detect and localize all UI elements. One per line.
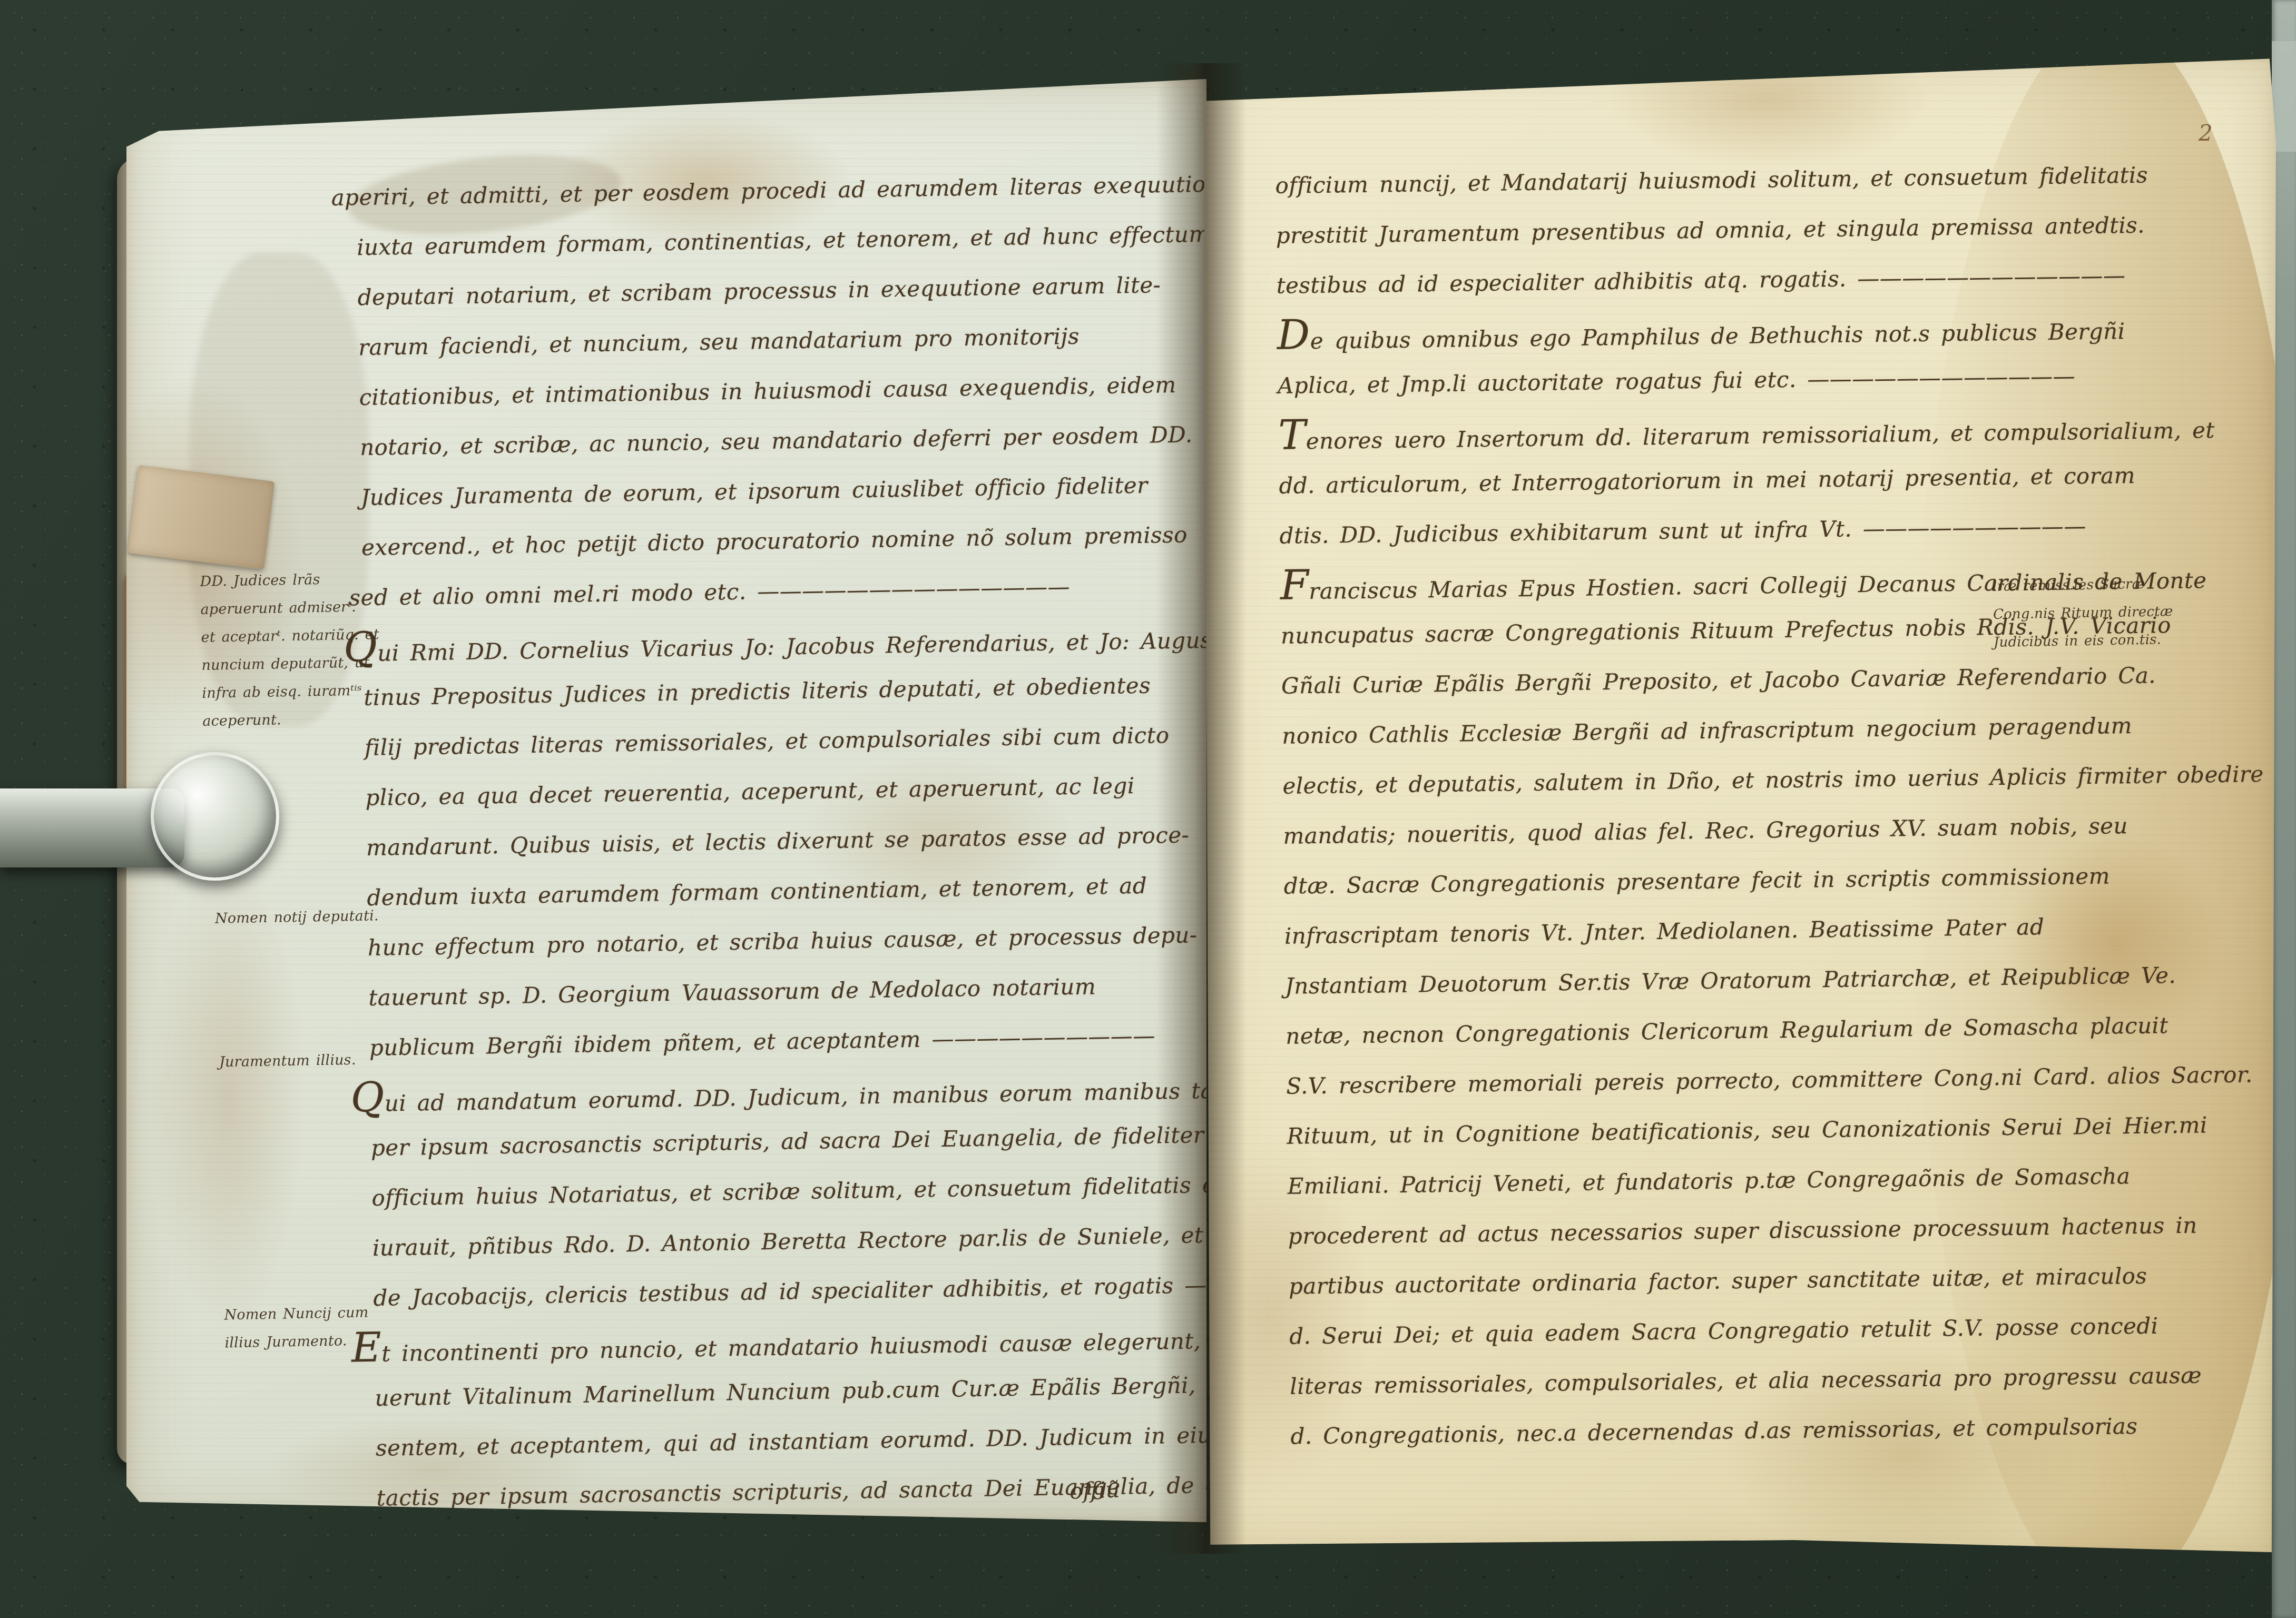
glass-knob [151, 752, 279, 881]
folio-number: 2 [2199, 120, 2213, 146]
tape-fragment [128, 465, 275, 569]
margin-note-line: Judicibus in eis con.tis. [1993, 626, 2173, 657]
manuscript-line: d. Congregationis, nec.a decernendas d.a… [1261, 1401, 2157, 1462]
left-page: DD. Judices lrãsaperuerunt admiserᵗ.et a… [126, 79, 1206, 1522]
right-margin-note-remissorials: lræ remiss.les SacræCong.nis Rituum dire… [1993, 570, 2174, 657]
left-page-text: aperiri, et admitti, et per eosdem proce… [327, 159, 1206, 1522]
catchword: offiũ [1069, 1476, 1120, 1504]
margin-note-line: Juramentum illius. [219, 1046, 356, 1077]
table-edge-patch [2272, 41, 2296, 152]
margin-note-line: Cong.nis Rituum directæ [1993, 598, 2173, 629]
right-page-text: officium nuncij, et Mandatarij huiusmodi… [1246, 150, 2157, 1462]
left-margin-note-oath: Juramentum illius. [219, 1046, 356, 1077]
margin-note-line: lræ remiss.les Sacræ [1993, 570, 2173, 601]
right-page: 2 officium nuncij, et Mandatarij huiusmo… [1204, 53, 2276, 1564]
